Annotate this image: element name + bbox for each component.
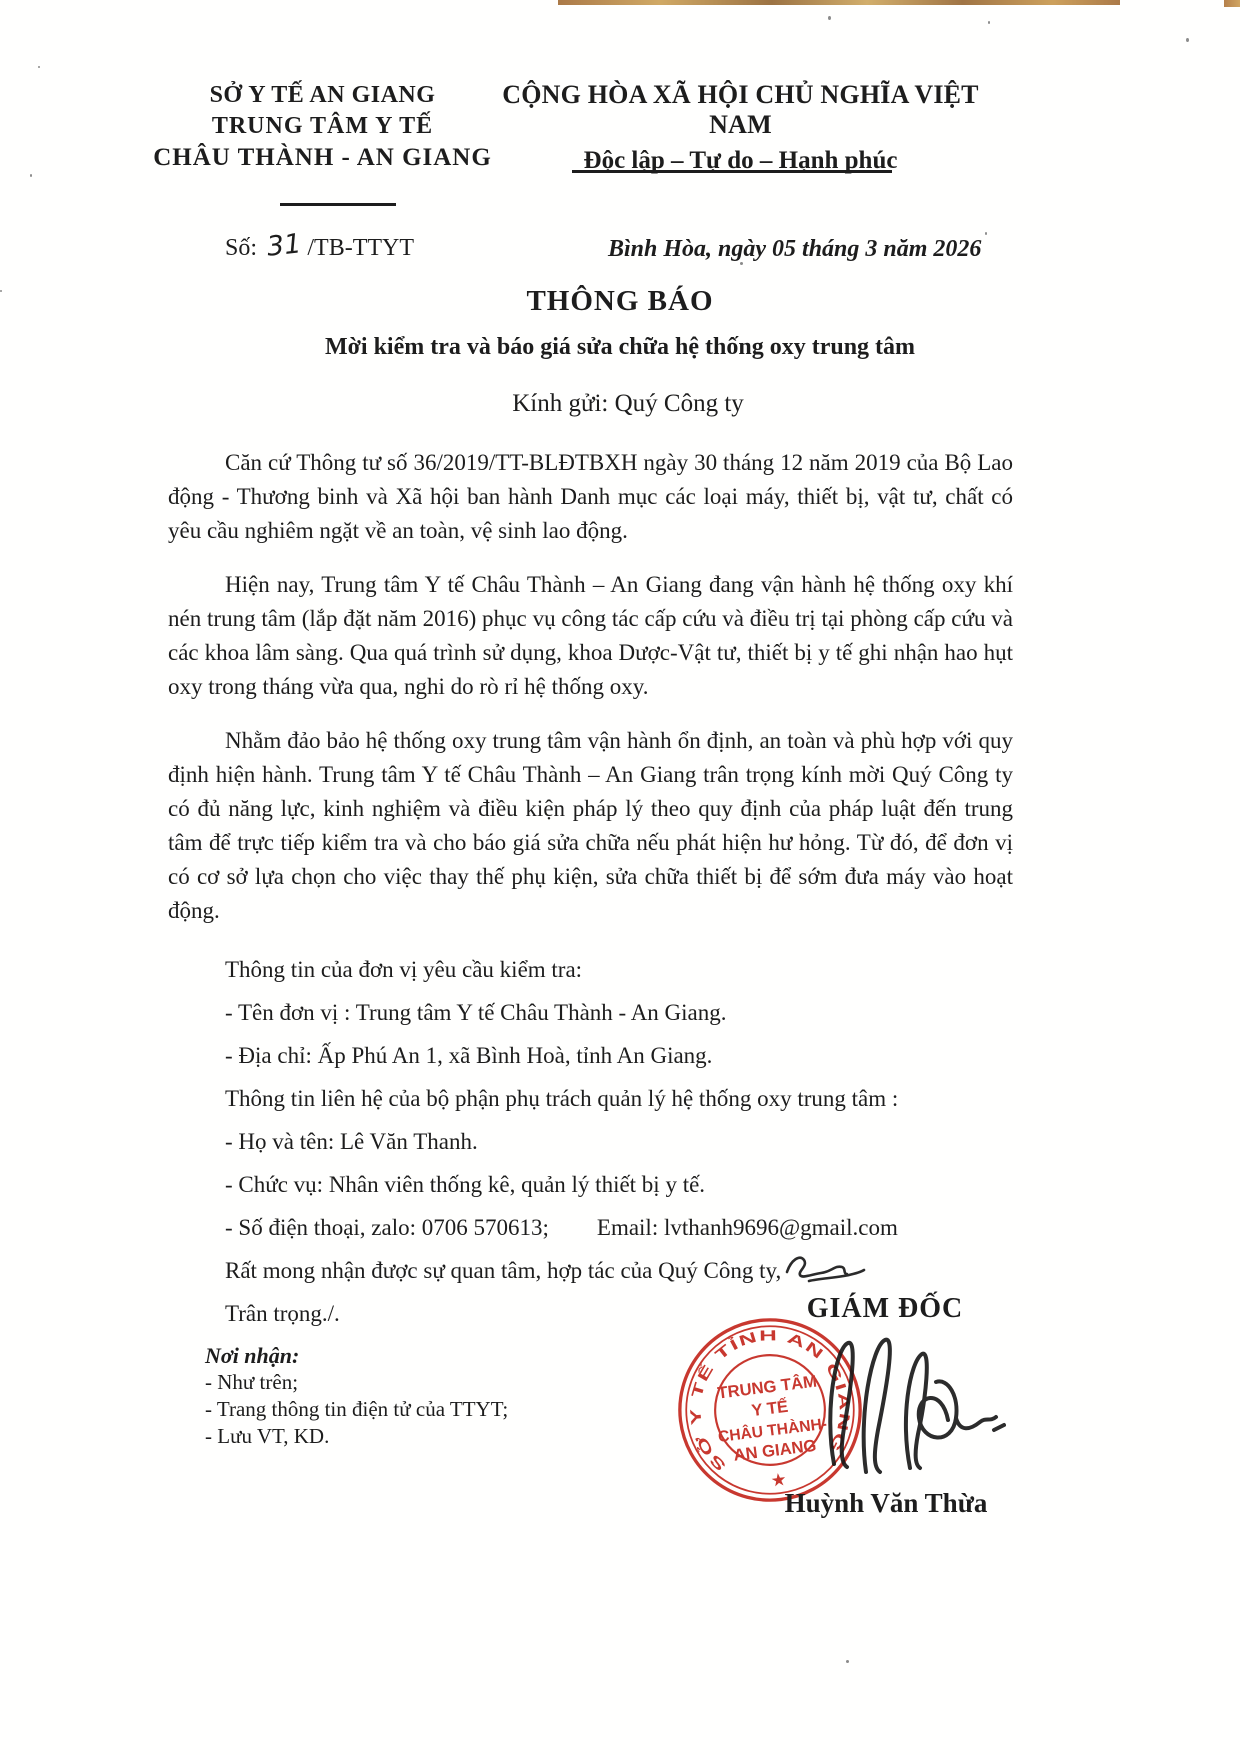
- org-underline: [280, 203, 396, 206]
- recipient-item: - Lưu VT, KD.: [205, 1423, 508, 1450]
- signature-stroke: [956, 1417, 996, 1428]
- recipients-block: Nơi nhận: - Như trên; - Trang thông tin …: [205, 1342, 508, 1450]
- number-label: Số:: [225, 235, 257, 261]
- contact-phone-line: - Số điện thoại, zalo: 0706 570613;Email…: [168, 1206, 1013, 1249]
- document-body: Căn cứ Thông tư số 36/2019/TT-BLĐTBXH ng…: [168, 446, 1013, 1335]
- signature-stroke: [830, 1343, 852, 1467]
- motto-underline: [572, 170, 892, 173]
- signature-stroke: [864, 1340, 890, 1472]
- phone-text: - Số điện thoại, zalo: 0706 570613;: [225, 1215, 549, 1240]
- org-name: TRUNG TÂM Y TẾ: [150, 111, 495, 142]
- salutation: Kính gửi: Quý Công ty: [0, 390, 1240, 418]
- document-subject: Mời kiểm tra và báo giá sửa chữa hệ thốn…: [0, 334, 1240, 361]
- signature-stroke: [994, 1425, 1004, 1430]
- closing-line: Rất mong nhận được sự quan tâm, hợp tác …: [168, 1249, 1013, 1292]
- scan-speck: [1186, 38, 1189, 42]
- closing-text: Rất mong nhận được sự quan tâm, hợp tác …: [225, 1258, 781, 1283]
- document-title: THÔNG BÁO: [0, 285, 1240, 318]
- handwritten-paraph: [783, 1250, 867, 1284]
- paragraph-current-status: Hiện nay, Trung tâm Y tế Châu Thành – An…: [168, 568, 1013, 704]
- scan-speck: [828, 16, 831, 20]
- detail-list: Thông tin của đơn vị yêu cầu kiểm tra: -…: [168, 948, 1013, 1335]
- scan-speck: [988, 21, 990, 24]
- recipient-item: - Như trên;: [205, 1369, 508, 1396]
- address-line: - Địa chỉ: Ấp Phú An 1, xã Bình Hoà, tỉn…: [168, 1034, 1013, 1077]
- recipient-item: - Trang thông tin điện tử của TTYT;: [205, 1396, 508, 1423]
- number-handwritten: 31: [265, 228, 302, 262]
- scan-speck: [846, 1660, 849, 1663]
- national-header-block: CỘNG HÒA XÃ HỘI CHỦ NGHĨA VIỆT NAM Độc l…: [468, 80, 1013, 175]
- contact-heading: Thông tin liên hệ của bộ phận phụ trách …: [168, 1077, 1013, 1120]
- number-suffix: /TB-TTYT: [307, 235, 414, 261]
- national-motto-line1: CỘNG HÒA XÃ HỘI CHỦ NGHĨA VIỆT NAM: [468, 80, 1013, 140]
- paragraph-invitation: Nhằm đảo bảo hệ thống oxy trung tâm vận …: [168, 724, 1013, 928]
- org-place: CHÂU THÀNH - AN GIANG: [150, 142, 495, 173]
- handwritten-signature: [798, 1322, 1012, 1490]
- scan-speck: [30, 174, 32, 177]
- recipients-heading: Nơi nhận:: [205, 1342, 508, 1369]
- paragraph-legal-basis: Căn cứ Thông tư số 36/2019/TT-BLĐTBXH ng…: [168, 446, 1013, 548]
- signature-stroke: [906, 1354, 927, 1468]
- scan-speck: [38, 66, 40, 68]
- scan-speck: [985, 232, 987, 235]
- place-and-date: Bình Hòa, ngày 05 tháng 3 năm 2026: [608, 236, 990, 263]
- stamp-center-line2: Y TẾ: [750, 1397, 789, 1420]
- unit-name-line: - Tên đơn vị : Trung tâm Y tế Châu Thành…: [168, 991, 1013, 1034]
- email-text: Email: lvthanh9696@gmail.com: [597, 1215, 898, 1240]
- org-parent: SỞ Y TẾ AN GIANG: [150, 80, 495, 111]
- document-page: SỞ Y TẾ AN GIANG TRUNG TÂM Y TẾ CHÂU THÀ…: [0, 0, 1240, 1755]
- signer-name: Huỳnh Văn Thừa: [785, 1488, 988, 1519]
- issuing-org-block: SỞ Y TẾ AN GIANG TRUNG TÂM Y TẾ CHÂU THÀ…: [150, 80, 495, 173]
- scan-edge-strip: [1224, 0, 1240, 7]
- contact-name-line: - Họ và tên: Lê Văn Thanh.: [168, 1120, 1013, 1163]
- scan-edge-strip: [558, 0, 1120, 5]
- contact-role-line: - Chức vụ: Nhân viên thống kê, quản lý t…: [168, 1163, 1013, 1206]
- request-heading: Thông tin của đơn vị yêu cầu kiểm tra:: [168, 948, 1013, 991]
- signature-icon: [798, 1322, 1012, 1490]
- document-number: Số:31/TB-TTYT: [225, 231, 414, 262]
